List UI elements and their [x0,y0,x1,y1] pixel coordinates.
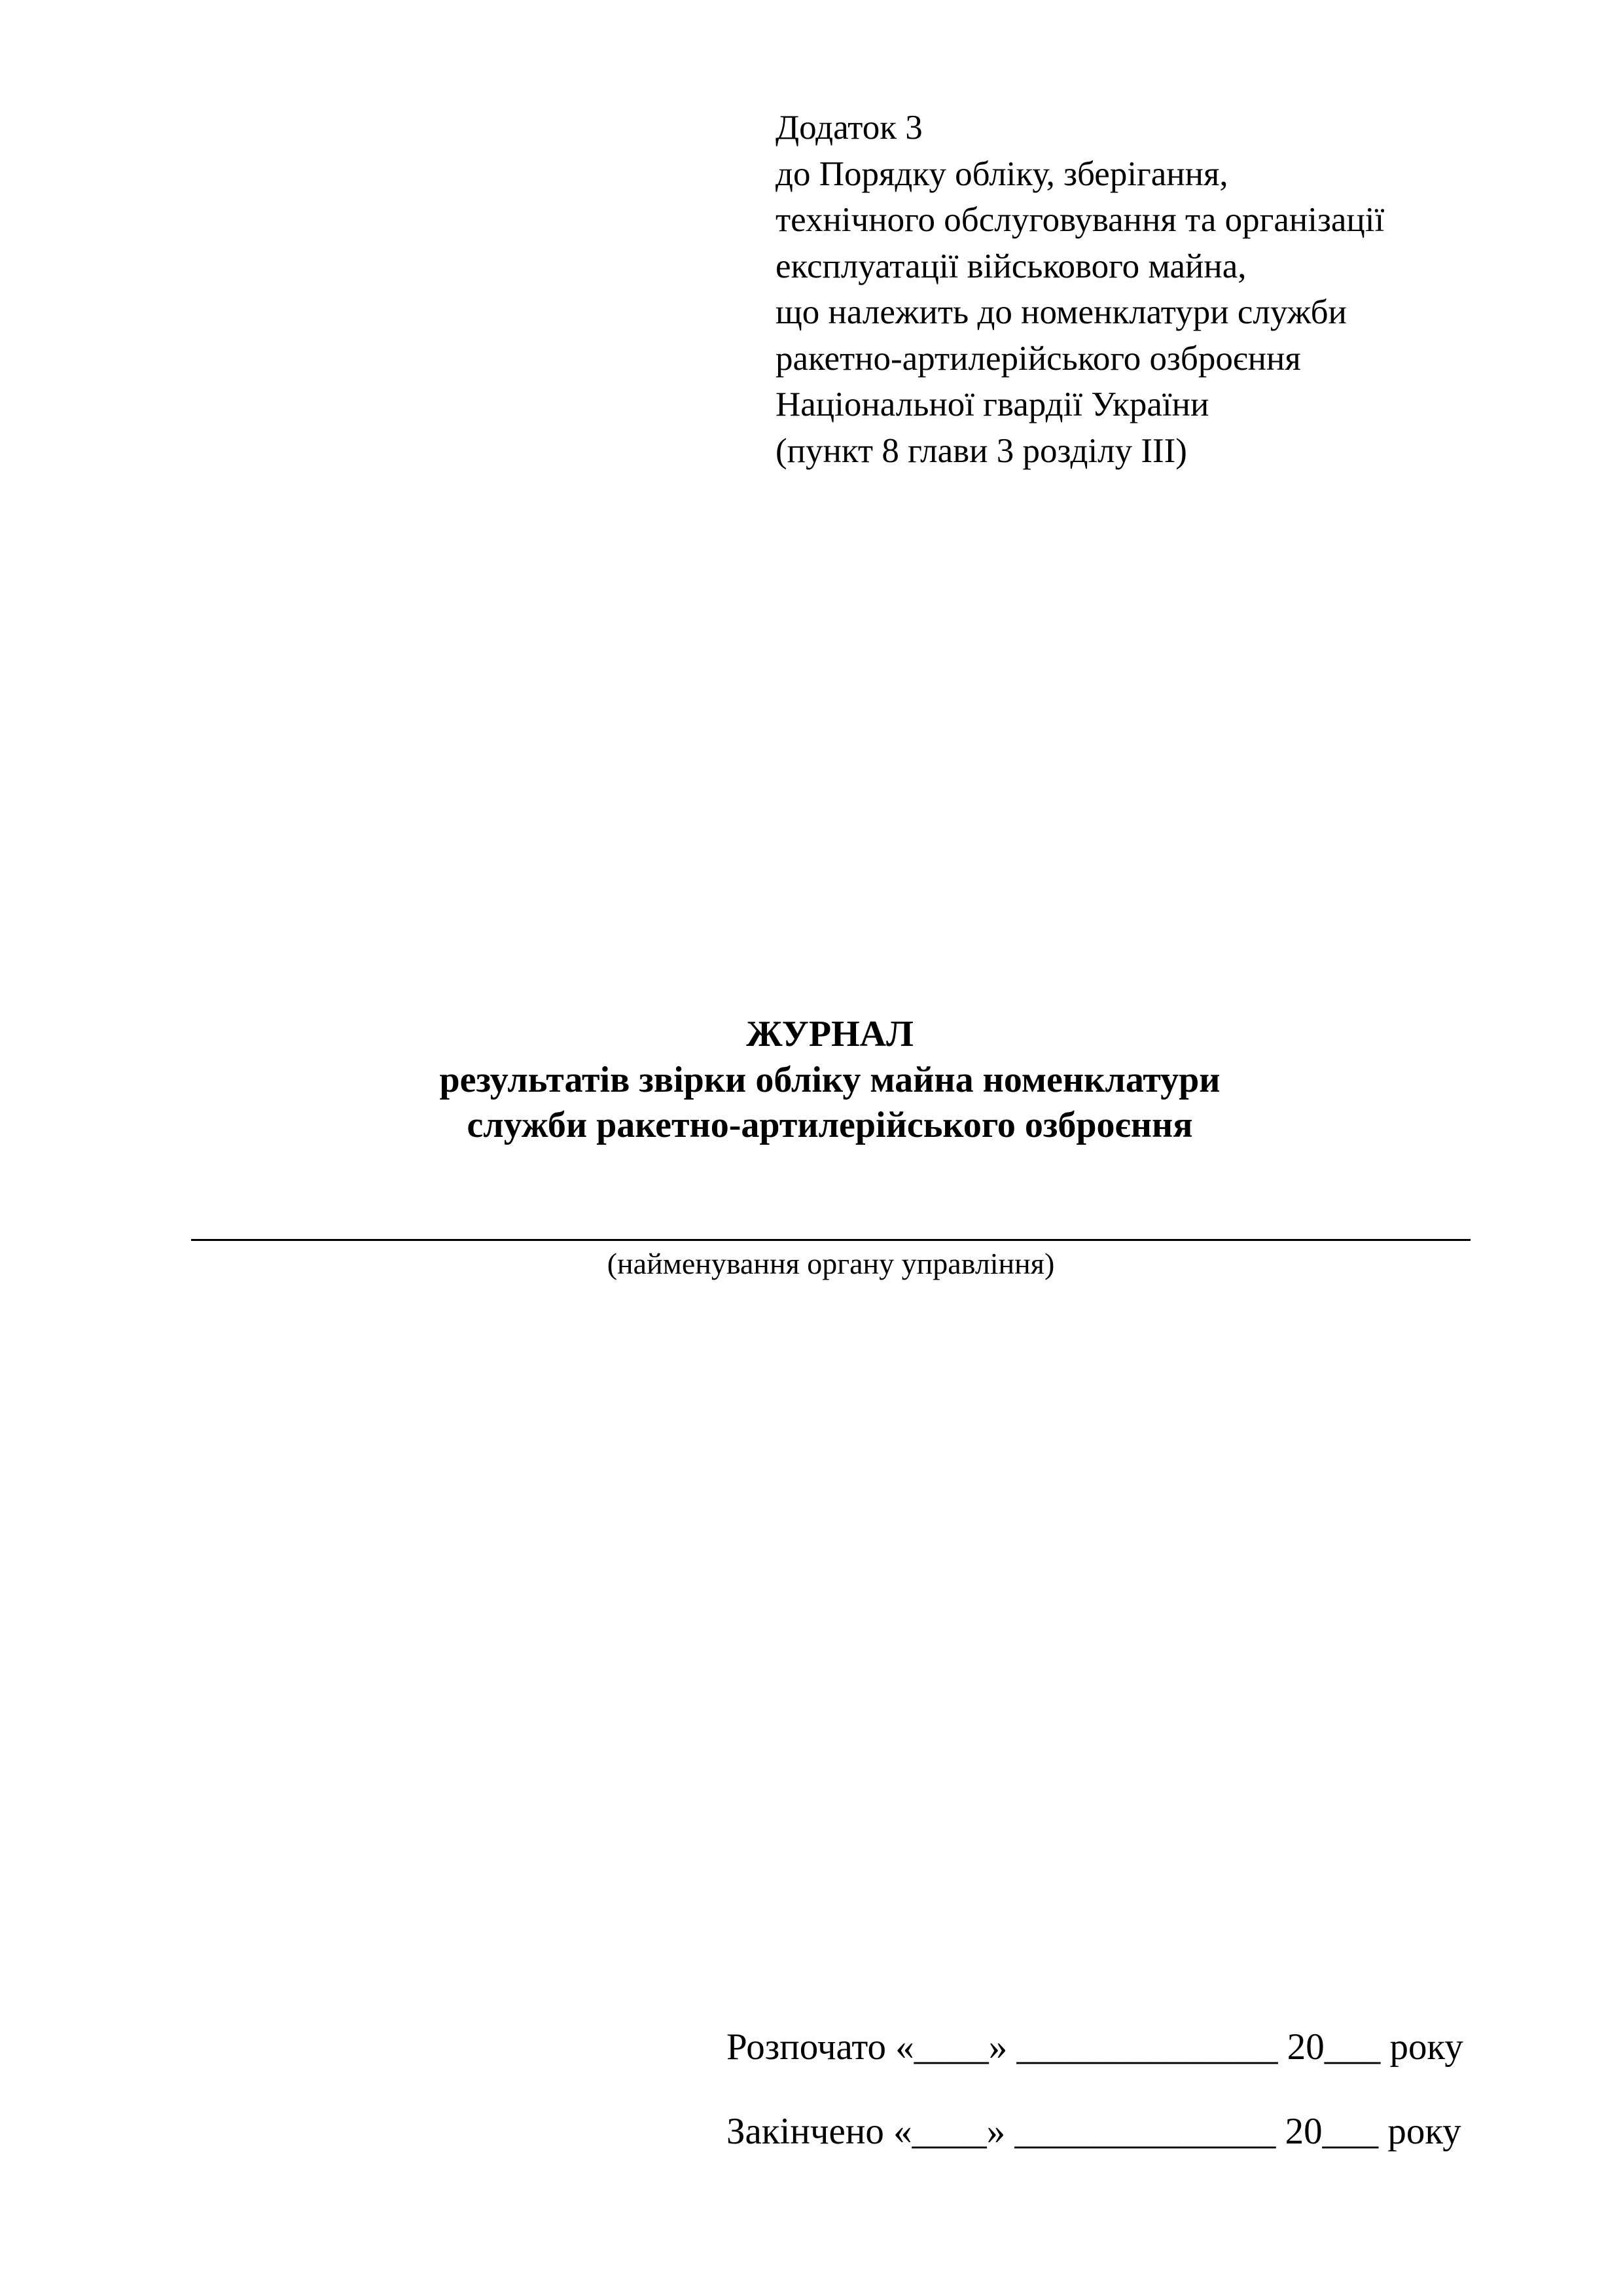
close-quote: » [987,2111,1006,2152]
started-label: Розпочато [726,2026,886,2068]
organization-name-field-line[interactable] [191,1239,1471,1241]
finished-year-blank[interactable]: ___ [1323,2111,1379,2152]
year-prefix: 20 [1285,2111,1323,2152]
started-date-row: Розпочато «____» ______________ 20___ ро… [726,2024,1463,2109]
annex-line: ракетно-артилерійського озброєння [776,336,1384,382]
journal-subtitle-line: результатів звірки обліку майна номенкла… [0,1058,1623,1103]
organization-name-caption: (найменування органу управління) [191,1247,1471,1281]
journal-heading: ЖУРНАЛ [0,1012,1623,1058]
open-quote: « [893,2111,912,2152]
annex-line: до Порядку обліку, зберігання, [776,151,1384,198]
close-quote: » [989,2026,1008,2068]
year-suffix: року [1389,2026,1463,2068]
annex-line: експлуатації військового майна, [776,243,1384,290]
annex-line: що належить до номенклатури служби [776,289,1384,336]
started-year-blank[interactable]: ___ [1325,2026,1381,2068]
annex-reference-block: Додаток 3 до Порядку обліку, зберігання,… [776,105,1384,474]
started-month-blank[interactable]: ______________ [1016,2026,1277,2068]
journal-title-block: ЖУРНАЛ результатів звірки обліку майна н… [0,1012,1623,1149]
annex-line: Національної гвардії України [776,382,1384,428]
annex-clause-reference: (пункт 8 глави 3 розділу ІІІ) [776,428,1384,475]
annex-title: Додаток 3 [776,105,1384,151]
finished-label: Закінчено [726,2111,884,2152]
annex-line: технічного обслуговування та організації [776,197,1384,243]
journal-dates-block: Розпочато «____» ______________ 20___ ро… [726,2024,1463,2193]
journal-subtitle-line: служби ракетно-артилерійського озброєння [0,1103,1623,1149]
finished-day-blank[interactable]: ____ [912,2111,987,2152]
year-suffix: року [1387,2111,1461,2152]
finished-date-row: Закінчено «____» ______________ 20___ ро… [726,2109,1463,2193]
year-prefix: 20 [1287,2026,1325,2068]
finished-month-blank[interactable]: ______________ [1014,2111,1275,2152]
started-day-blank[interactable]: ____ [914,2026,989,2068]
open-quote: « [895,2026,914,2068]
